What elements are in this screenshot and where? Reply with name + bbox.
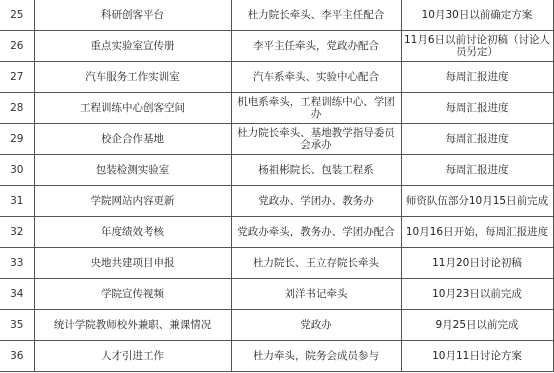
row-number: 25 xyxy=(0,0,34,31)
table-row: 34 学院宣传视频 刘洋书记牵头 10月23日以前完成 xyxy=(0,279,553,310)
task-schedule: 9月25日以前完成 xyxy=(401,310,553,341)
task-name: 年度绩效考核 xyxy=(34,217,231,248)
task-schedule: 11月6日以前讨论初稿（讨论人员另定） xyxy=(401,31,553,62)
task-schedule: 师资队伍部分10月15日前完成 xyxy=(401,186,553,217)
row-number: 26 xyxy=(0,31,34,62)
task-name: 央地共建项目申报 xyxy=(34,248,231,279)
task-schedule: 10月23日以前完成 xyxy=(401,279,553,310)
row-number: 36 xyxy=(0,341,34,372)
task-schedule: 10月30日以前确定方案 xyxy=(401,0,553,31)
task-name: 重点实验室宣传册 xyxy=(34,31,231,62)
task-table-body: 25 科研创客平台 杜力院长牵头、李平主任配合 10月30日以前确定方案 26 … xyxy=(0,0,553,372)
table-row: 31 学院网站内容更新 党政办、学团办、教务办 师资队伍部分10月15日前完成 xyxy=(0,186,553,217)
table-row: 26 重点实验室宣传册 李平主任牵头，党政办配合 11月6日以前讨论初稿（讨论人… xyxy=(0,31,553,62)
task-table: 25 科研创客平台 杜力院长牵头、李平主任配合 10月30日以前确定方案 26 … xyxy=(0,0,554,372)
row-number: 30 xyxy=(0,155,34,186)
table-row: 29 校企合作基地 杜力院长牵头、基地教学指导委员会承办 每周汇报进度 xyxy=(0,124,553,155)
task-name: 人才引进工作 xyxy=(34,341,231,372)
task-owner: 党政办 xyxy=(231,310,401,341)
task-schedule: 10月11日讨论方案 xyxy=(401,341,553,372)
task-owner: 党政办、学团办、教务办 xyxy=(231,186,401,217)
task-name: 校企合作基地 xyxy=(34,124,231,155)
row-number: 35 xyxy=(0,310,34,341)
task-name: 统计学院教师校外兼职、兼课情况 xyxy=(34,310,231,341)
task-schedule: 10月16日开始，每周汇报进度 xyxy=(401,217,553,248)
row-number: 28 xyxy=(0,93,34,124)
task-owner: 杜力牵头，院务会成员参与 xyxy=(231,341,401,372)
task-name: 科研创客平台 xyxy=(34,0,231,31)
task-owner: 党政办牵头，教务办、学团办配合 xyxy=(231,217,401,248)
table-row: 32 年度绩效考核 党政办牵头，教务办、学团办配合 10月16日开始，每周汇报进… xyxy=(0,217,553,248)
task-owner: 刘洋书记牵头 xyxy=(231,279,401,310)
row-number: 34 xyxy=(0,279,34,310)
task-owner: 杜力院长牵头、李平主任配合 xyxy=(231,0,401,31)
task-schedule: 每周汇报进度 xyxy=(401,124,553,155)
table-row: 25 科研创客平台 杜力院长牵头、李平主任配合 10月30日以前确定方案 xyxy=(0,0,553,31)
task-name: 学院宣传视频 xyxy=(34,279,231,310)
task-owner: 杨祖彬院长、包装工程系 xyxy=(231,155,401,186)
task-owner: 机电系牵头，工程训练中心、学团办 xyxy=(231,93,401,124)
task-name: 包装检测实验室 xyxy=(34,155,231,186)
task-schedule: 每周汇报进度 xyxy=(401,93,553,124)
task-owner: 杜力院长、王立存院长牵头 xyxy=(231,248,401,279)
row-number: 27 xyxy=(0,62,34,93)
task-schedule: 11月20日讨论初稿 xyxy=(401,248,553,279)
task-owner: 汽车系牵头、实验中心配合 xyxy=(231,62,401,93)
table-row: 28 工程训练中心创客空间 机电系牵头，工程训练中心、学团办 每周汇报进度 xyxy=(0,93,553,124)
row-number: 29 xyxy=(0,124,34,155)
task-owner: 李平主任牵头，党政办配合 xyxy=(231,31,401,62)
table-row: 27 汽车服务工作实训室 汽车系牵头、实验中心配合 每周汇报进度 xyxy=(0,62,553,93)
row-number: 31 xyxy=(0,186,34,217)
task-schedule: 每周汇报进度 xyxy=(401,62,553,93)
task-schedule: 每周汇报进度 xyxy=(401,155,553,186)
table-row: 30 包装检测实验室 杨祖彬院长、包装工程系 每周汇报进度 xyxy=(0,155,553,186)
row-number: 32 xyxy=(0,217,34,248)
table-row: 35 统计学院教师校外兼职、兼课情况 党政办 9月25日以前完成 xyxy=(0,310,553,341)
task-name: 汽车服务工作实训室 xyxy=(34,62,231,93)
task-owner: 杜力院长牵头、基地教学指导委员会承办 xyxy=(231,124,401,155)
table-row: 36 人才引进工作 杜力牵头，院务会成员参与 10月11日讨论方案 xyxy=(0,341,553,372)
table-row: 33 央地共建项目申报 杜力院长、王立存院长牵头 11月20日讨论初稿 xyxy=(0,248,553,279)
task-name: 工程训练中心创客空间 xyxy=(34,93,231,124)
row-number: 33 xyxy=(0,248,34,279)
task-name: 学院网站内容更新 xyxy=(34,186,231,217)
